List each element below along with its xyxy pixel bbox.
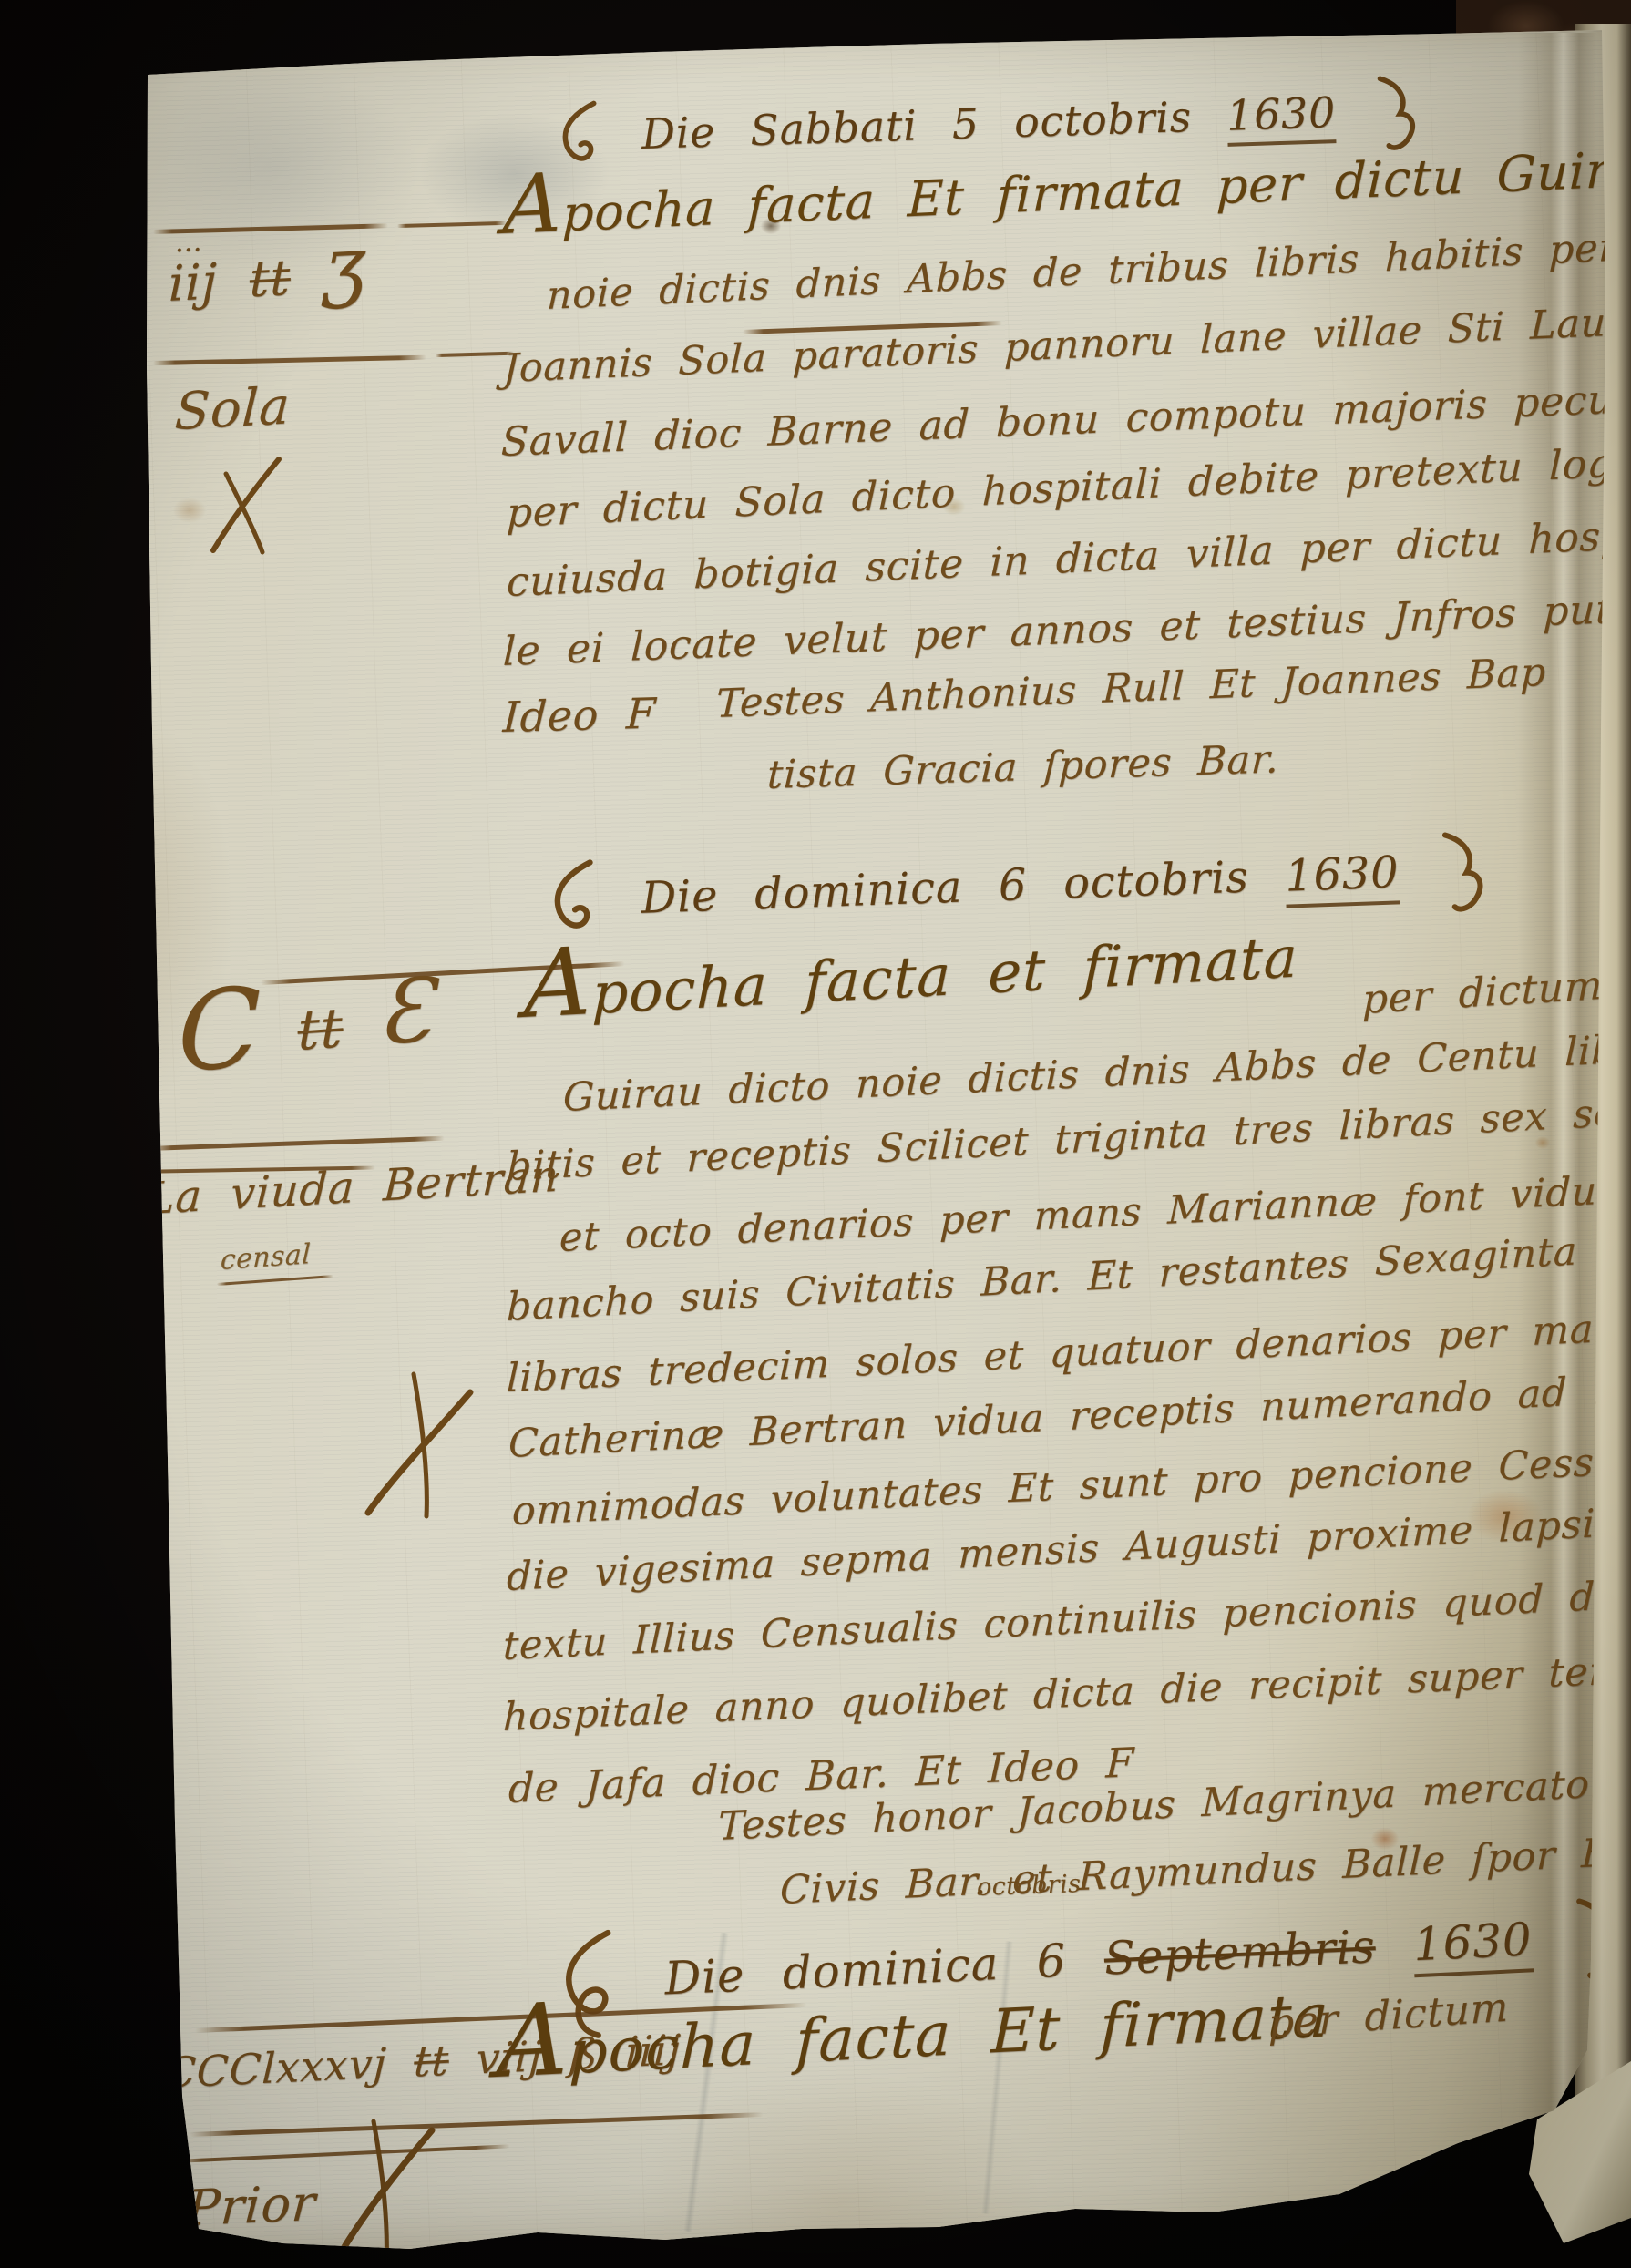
cross-mark-icon: [363, 1369, 477, 1522]
amount-number: iij: [168, 252, 218, 313]
amount-number: C: [178, 964, 262, 1097]
sum-number: CCClxxxvj: [163, 2038, 388, 2098]
entry2-margin-amount: C tt Ɛ: [178, 990, 434, 1072]
heading-text: Die Sabbati 5 octobris: [641, 92, 1192, 159]
cross-mark-icon: [333, 2118, 439, 2268]
flourish-icon: [1434, 825, 1493, 921]
ideo-mark: Ideo F: [502, 689, 657, 742]
manuscript-scan: Die Sabbati 5 octobris 1630 ··· iij tt ʒ…: [0, 0, 1631, 2268]
amount-unit-lliures: tt: [249, 249, 291, 309]
entry1-margin-name: Sola: [173, 376, 292, 442]
heading-year: 1630: [1226, 87, 1337, 147]
amount-flourish: Ɛ: [379, 959, 435, 1065]
cross-mark-icon: [208, 454, 299, 556]
heading-year: 1630: [1284, 847, 1400, 908]
entry2-margin-note: censal: [220, 1238, 311, 1277]
entry3-margin-name: Prior: [185, 2174, 318, 2237]
amount-flourish: ʒ: [322, 219, 367, 311]
sum-unit-lliures: tt: [413, 2036, 450, 2087]
heading-year: 1630: [1412, 1913, 1534, 1977]
flourish-icon: [1369, 67, 1423, 160]
entry1-margin-amount: iij tt ʒ: [168, 245, 366, 313]
heading-text: Die dominica 6: [663, 1934, 1067, 2006]
manuscript-page: Die Sabbati 5 octobris 1630 ··· iij tt ʒ…: [0, 0, 1631, 2268]
struck-month: Septembris: [1103, 1920, 1376, 1985]
amount-unit-lliures: tt: [298, 996, 344, 1063]
heading-text: Die dominica 6 octobris: [641, 852, 1250, 924]
